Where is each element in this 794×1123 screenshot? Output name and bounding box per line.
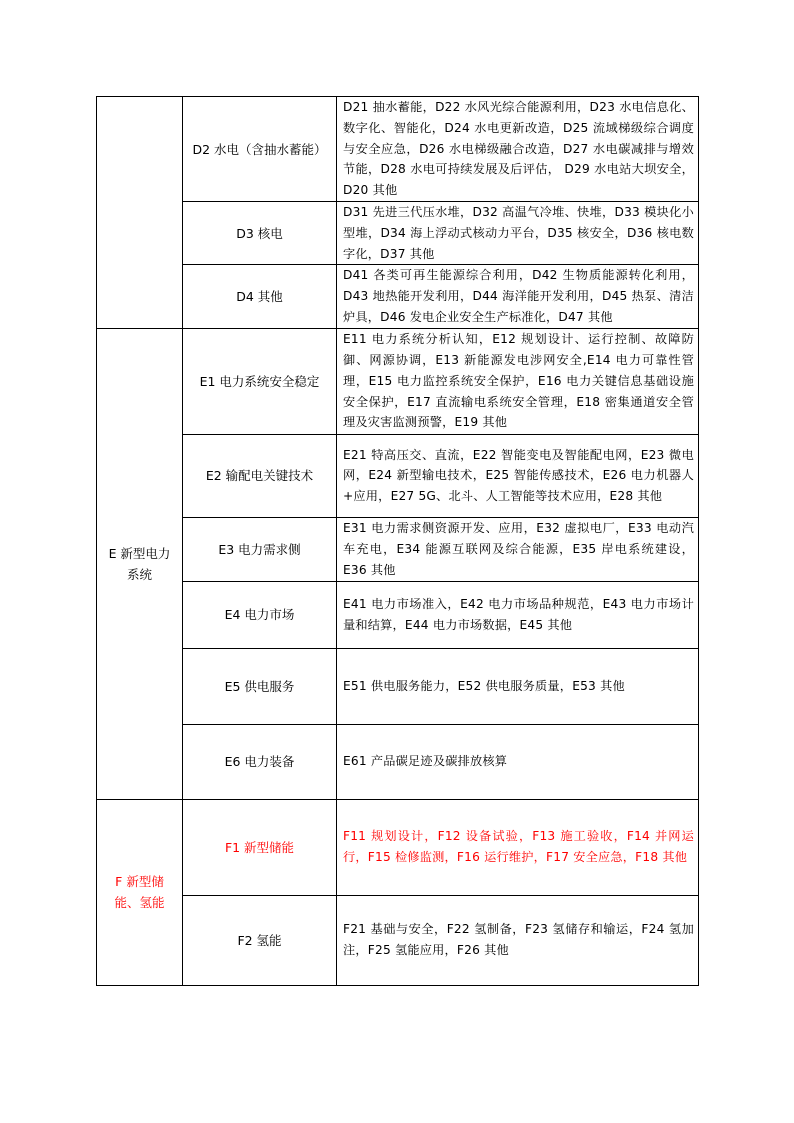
table-row-e3: E3 电力需求侧 E31 电力需求侧资源开发、应用，E32 虚拟电厂，E33 电… [97,517,699,581]
subcategory-e1: E1 电力系统安全稳定 [183,328,337,434]
subcategory-d2: D2 水电（含抽水蓄能） [183,97,337,202]
items-e4: E41 电力市场准入，E42 电力市场品种规范，E43 电力市场计量和结算，E4… [337,581,699,648]
subcategory-e6: E6 电力装备 [183,724,337,799]
subcategory-f2: F2 氢能 [183,895,337,985]
items-f1: F11 规划设计，F12 设备试验，F13 施工验收，F14 并网运行，F15 … [337,799,699,895]
subcategory-f1: F1 新型储能 [183,799,337,895]
category-table: D2 水电（含抽水蓄能） D21 抽水蓄能，D22 水风光综合能源利用，D23 … [96,96,699,986]
subcategory-e3: E3 电力需求侧 [183,517,337,581]
items-d3: D31 先进三代压水堆，D32 高温气冷堆、快堆，D33 模块化小型堆，D34 … [337,202,699,265]
table-row-f1: F 新型储能、氢能 F1 新型储能 F11 规划设计，F12 设备试验，F13 … [97,799,699,895]
category-cell-f: F 新型储能、氢能 [97,799,183,985]
items-f2: F21 基础与安全，F22 氢制备，F23 氢储存和输运，F24 氢加注，F25… [337,895,699,985]
items-e5: E51 供电服务能力，E52 供电服务质量，E53 其他 [337,648,699,724]
category-cell-e: E 新型电力系统 [97,328,183,799]
table-row-e4: E4 电力市场 E41 电力市场准入，E42 电力市场品种规范，E43 电力市场… [97,581,699,648]
items-e3: E31 电力需求侧资源开发、应用，E32 虚拟电厂，E33 电动汽车充电，E34… [337,517,699,581]
table-row-e6: E6 电力装备 E61 产品碳足迹及碳排放核算 [97,724,699,799]
table-row-e1: E 新型电力系统 E1 电力系统安全稳定 E11 电力系统分析认知，E12 规划… [97,328,699,434]
table-row-d2: D2 水电（含抽水蓄能） D21 抽水蓄能，D22 水风光综合能源利用，D23 … [97,97,699,202]
category-cell-d [97,97,183,329]
subcategory-e5: E5 供电服务 [183,648,337,724]
items-e6: E61 产品碳足迹及碳排放核算 [337,724,699,799]
table-row-d4: D4 其他 D41 各类可再生能源综合利用，D42 生物质能源转化利用，D43 … [97,265,699,328]
subcategory-d3: D3 核电 [183,202,337,265]
subcategory-e4: E4 电力市场 [183,581,337,648]
table-row-f2: F2 氢能 F21 基础与安全，F22 氢制备，F23 氢储存和输运，F24 氢… [97,895,699,985]
table-row-d3: D3 核电 D31 先进三代压水堆，D32 高温气冷堆、快堆，D33 模块化小型… [97,202,699,265]
items-e1: E11 电力系统分析认知，E12 规划设计、运行控制、故障防御、网源协调，E13… [337,328,699,434]
table-row-e2: E2 输配电关键技术 E21 特高压交、直流，E22 智能变电及智能配电网，E2… [97,434,699,517]
items-d2: D21 抽水蓄能，D22 水风光综合能源利用，D23 水电信息化、数字化、智能化… [337,97,699,202]
subcategory-e2: E2 输配电关键技术 [183,434,337,517]
items-d4: D41 各类可再生能源综合利用，D42 生物质能源转化利用，D43 地热能开发利… [337,265,699,328]
items-e2: E21 特高压交、直流，E22 智能变电及智能配电网，E23 微电网，E24 新… [337,434,699,517]
subcategory-d4: D4 其他 [183,265,337,328]
table-row-e5: E5 供电服务 E51 供电服务能力，E52 供电服务质量，E53 其他 [97,648,699,724]
